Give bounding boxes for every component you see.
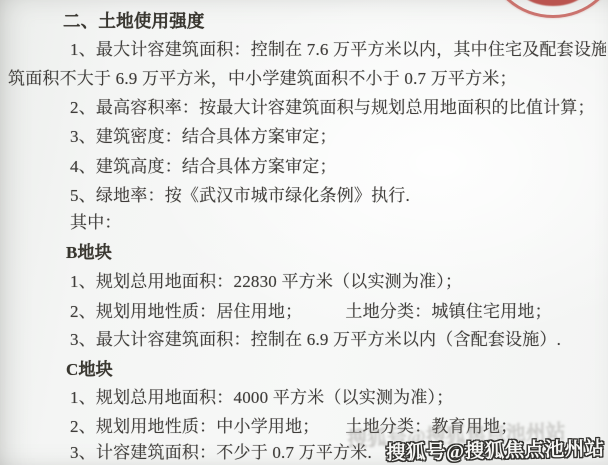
clause-1-max-floor-area-line1: 1、最大计容建筑面积：控制在 7.6 万平方米以内，其中住宅及配套设施建 xyxy=(8,38,606,62)
clause-4-building-height: 4、建筑高度：结合具体方案审定； xyxy=(8,155,606,179)
clause-1-max-floor-area-line2: 筑面积不大于 6.9 万平方米，中小学建筑面积不小于 0.7 万平方米； xyxy=(8,67,606,91)
clause-3-building-density: 3、建筑密度：结合具体方案审定； xyxy=(8,125,606,149)
plot-b-item-2-land-use-nature: 2、规划用地性质：居住用地； 土地分类：城镇住宅用地； xyxy=(8,300,606,324)
plot-b-item-3-max-floor-area: 3、最大计容建筑面积：控制在 6.9 万平方米以内（含配套设施）. xyxy=(8,328,606,352)
plot-c-item-1-total-land-area: 1、规划总用地面积：4000 平方米（以实测为准）； xyxy=(8,386,606,410)
clause-5-green-ratio: 5、绿地率：按《武汉市城市绿化条例》执行. xyxy=(8,184,606,208)
plot-c-heading: C地块 xyxy=(8,358,606,382)
scanned-document-page: 二、土地使用强度 1、最大计容建筑面积：控制在 7.6 万平方米以内，其中住宅及… xyxy=(0,0,608,465)
section-heading-land-use-intensity: 二、土地使用强度 xyxy=(8,9,606,33)
among-which-label: 其中： xyxy=(8,211,606,235)
clause-2-max-plot-ratio: 2、最高容积率：按最大计容建筑面积与规划总用地面积的比值计算； xyxy=(8,96,606,120)
plot-b-heading: B地块 xyxy=(8,241,606,265)
sohu-account-watermark: 搜狐号@搜狐焦点池州站 xyxy=(386,433,605,465)
plot-b-item-1-total-land-area: 1、规划总用地面积：22830 平方米（以实测为准）； xyxy=(8,270,606,294)
